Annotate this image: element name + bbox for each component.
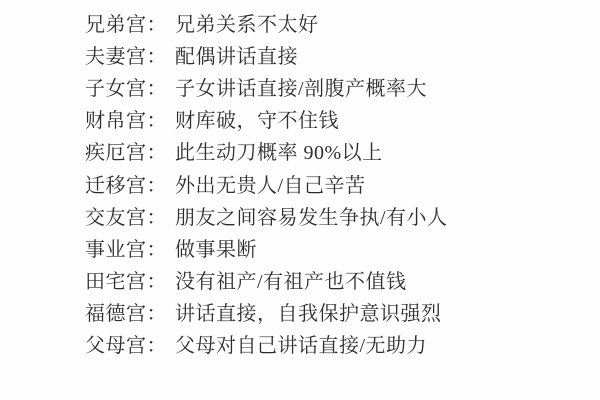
palace-description: 此生动刀概率 90%以上: [175, 136, 383, 165]
list-item: 子女宫： 子女讲话直接/剖腹产概率大: [85, 70, 590, 102]
palace-label: 父母宫：: [85, 329, 167, 358]
palace-description: 子女讲话直接/剖腹产概率大: [175, 72, 427, 101]
palace-label: 财帛宫：: [85, 104, 167, 133]
palace-label: 迁移宫：: [85, 169, 167, 198]
palace-label: 夫妻宫：: [85, 40, 167, 69]
palace-label: 交友宫：: [85, 201, 167, 230]
palace-description: 做事果断: [175, 233, 257, 262]
palace-description: 配偶讲话直接: [175, 40, 298, 69]
list-item: 兄弟宫： 兄弟关系不太好: [85, 6, 590, 38]
list-item: 事业宫： 做事果断: [85, 231, 590, 263]
palace-label: 福德宫：: [85, 297, 167, 326]
palace-label: 田宅宫：: [85, 265, 167, 294]
palace-label: 兄弟宫：: [85, 8, 167, 37]
palace-list: 兄弟宫： 兄弟关系不太好 夫妻宫： 配偶讲话直接 子女宫： 子女讲话直接/剖腹产…: [85, 6, 590, 360]
list-item: 财帛宫： 财库破，守不住钱: [85, 103, 590, 135]
palace-label: 疾厄宫：: [85, 136, 167, 165]
list-item: 福德宫： 讲话直接，自我保护意识强烈: [85, 296, 590, 328]
palace-label: 子女宫：: [85, 72, 167, 101]
list-item: 夫妻宫： 配偶讲话直接: [85, 38, 590, 70]
list-item: 疾厄宫： 此生动刀概率 90%以上: [85, 135, 590, 167]
palace-description: 父母对自己讲话直接/无助力: [175, 329, 427, 358]
palace-description: 朋友之间容易发生争执/有小人: [175, 201, 448, 230]
list-item: 迁移宫： 外出无贵人/自己辛苦: [85, 167, 590, 199]
list-item: 田宅宫： 没有祖产/有祖产也不值钱: [85, 264, 590, 296]
palace-description: 没有祖产/有祖产也不值钱: [175, 265, 407, 294]
palace-description: 财库破，守不住钱: [175, 104, 339, 133]
palace-description: 外出无贵人/自己辛苦: [175, 169, 366, 198]
list-item: 父母宫： 父母对自己讲话直接/无助力: [85, 328, 590, 360]
palace-label: 事业宫：: [85, 233, 167, 262]
palace-description: 讲话直接，自我保护意识强烈: [175, 297, 442, 326]
list-item: 交友宫： 朋友之间容易发生争执/有小人: [85, 199, 590, 231]
document-page: 兄弟宫： 兄弟关系不太好 夫妻宫： 配偶讲话直接 子女宫： 子女讲话直接/剖腹产…: [0, 0, 600, 400]
palace-description: 兄弟关系不太好: [175, 8, 319, 37]
